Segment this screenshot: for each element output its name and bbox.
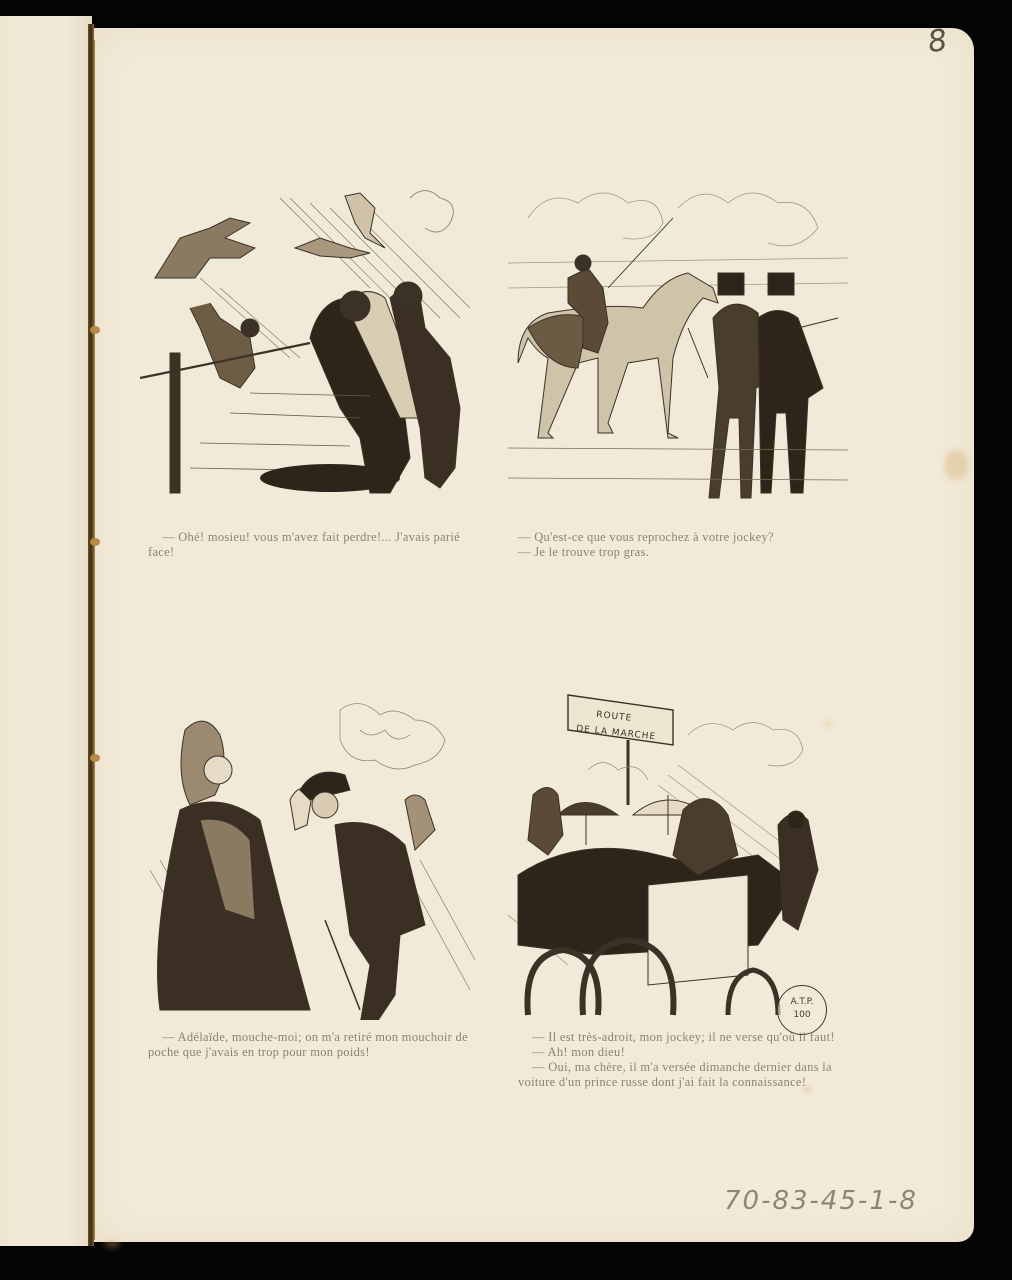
binding-knot — [90, 538, 100, 546]
illustration-lady-and-jockey — [140, 690, 480, 1020]
paper-stain — [104, 1240, 120, 1248]
illustration-jockey-and-gentlemen — [508, 178, 848, 508]
library-stamp: A.T.P. 100 — [777, 985, 827, 1035]
binding-knot — [90, 326, 100, 334]
caption-top-right: — Qu'est-ce que vous reprochez à votre j… — [518, 530, 818, 560]
binding-knot — [90, 754, 100, 762]
illustration-racecourse-fall — [140, 178, 480, 508]
left-page-edge — [0, 16, 92, 1246]
caption-top-left: — Ohé! mosieu! vous m'avez fait perdre!.… — [148, 530, 478, 560]
caption-bottom-right: — Il est très-adroit, mon jockey; il ne … — [518, 1030, 848, 1090]
binding-thread — [94, 40, 95, 1240]
handwritten-catalog-number: 70-83-45-1-8 — [724, 1186, 918, 1216]
road-sign: ROUTE DE LA MARCHE — [568, 695, 673, 805]
caption-bottom-left: — Adélaïde, mouche-moi; on m'a retiré mo… — [148, 1030, 478, 1060]
paper-stain — [944, 450, 968, 480]
illustration-carriage-route-de-la-marche: ROUTE DE LA MARCHE — [508, 685, 853, 1020]
